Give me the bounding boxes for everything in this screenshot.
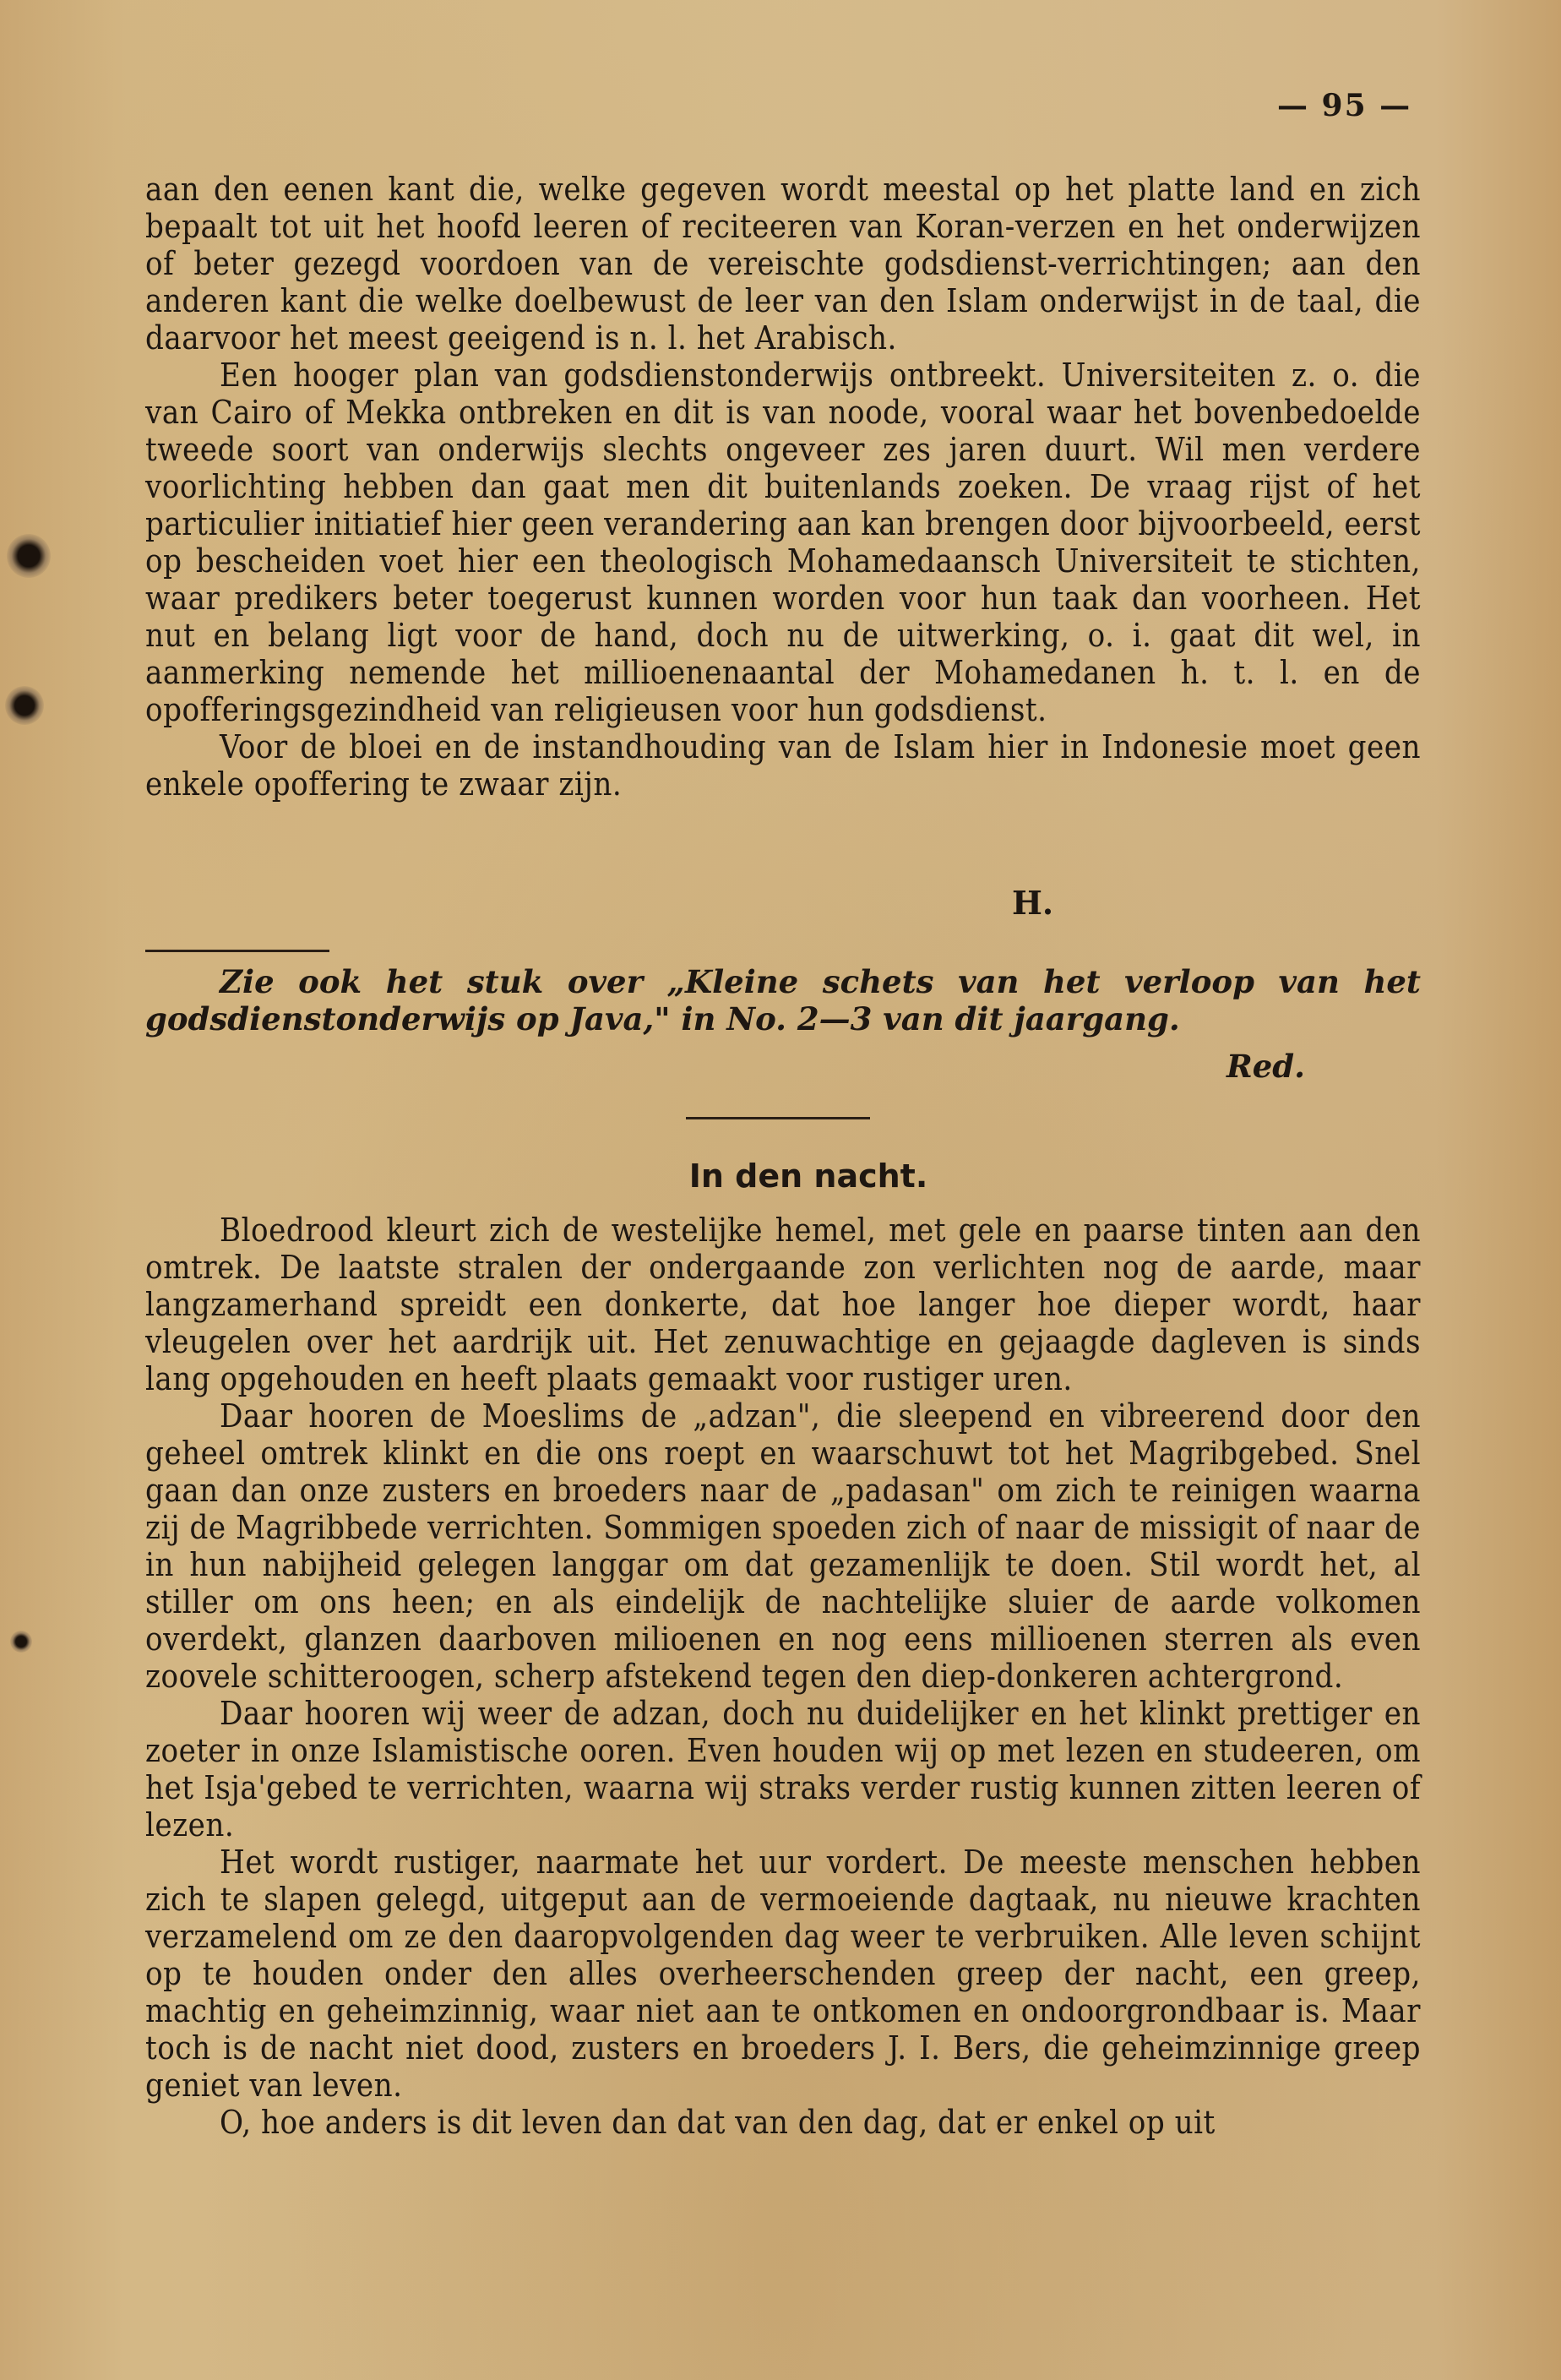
paragraph: aan den eenen kant die, welke gegeven wo… bbox=[145, 171, 1421, 357]
paragraph: O, hoe anders is dit leven dan dat van d… bbox=[145, 2104, 1421, 2141]
article-title: In den nacht. bbox=[145, 1157, 1421, 1195]
page-number: — 95 — bbox=[1277, 88, 1411, 123]
paragraph: Het wordt rustiger, naarmate het uur vor… bbox=[145, 1844, 1421, 2104]
punch-hole-middle bbox=[5, 686, 44, 725]
footnote-signature: Red. bbox=[1226, 1048, 1305, 1085]
footnote-text: Zie ook het stuk over „Kleine schets van… bbox=[145, 963, 1421, 1038]
continued-article-body: aan den eenen kant die, welke gegeven wo… bbox=[145, 171, 1421, 803]
paragraph: Voor de bloei en de instandhouding van d… bbox=[145, 728, 1421, 803]
punch-hole-top bbox=[7, 534, 51, 578]
paragraph: Bloedrood kleurt zich de westelijke heme… bbox=[145, 1212, 1421, 1397]
paragraph: Daar hooren wij weer de adzan, doch nu d… bbox=[145, 1695, 1421, 1844]
section-divider bbox=[686, 1117, 870, 1119]
footnote-divider bbox=[145, 950, 329, 952]
paragraph: Daar hooren de Moeslims de „adzan", die … bbox=[145, 1397, 1421, 1695]
editorial-footnote: Zie ook het stuk over „Kleine schets van… bbox=[145, 963, 1421, 1038]
punch-hole-bottom bbox=[10, 1631, 32, 1653]
article-body: Bloedrood kleurt zich de westelijke heme… bbox=[145, 1212, 1421, 2141]
paragraph: Een hooger plan van godsdienstonderwijs … bbox=[145, 357, 1421, 728]
author-signature: H. bbox=[1012, 884, 1053, 922]
